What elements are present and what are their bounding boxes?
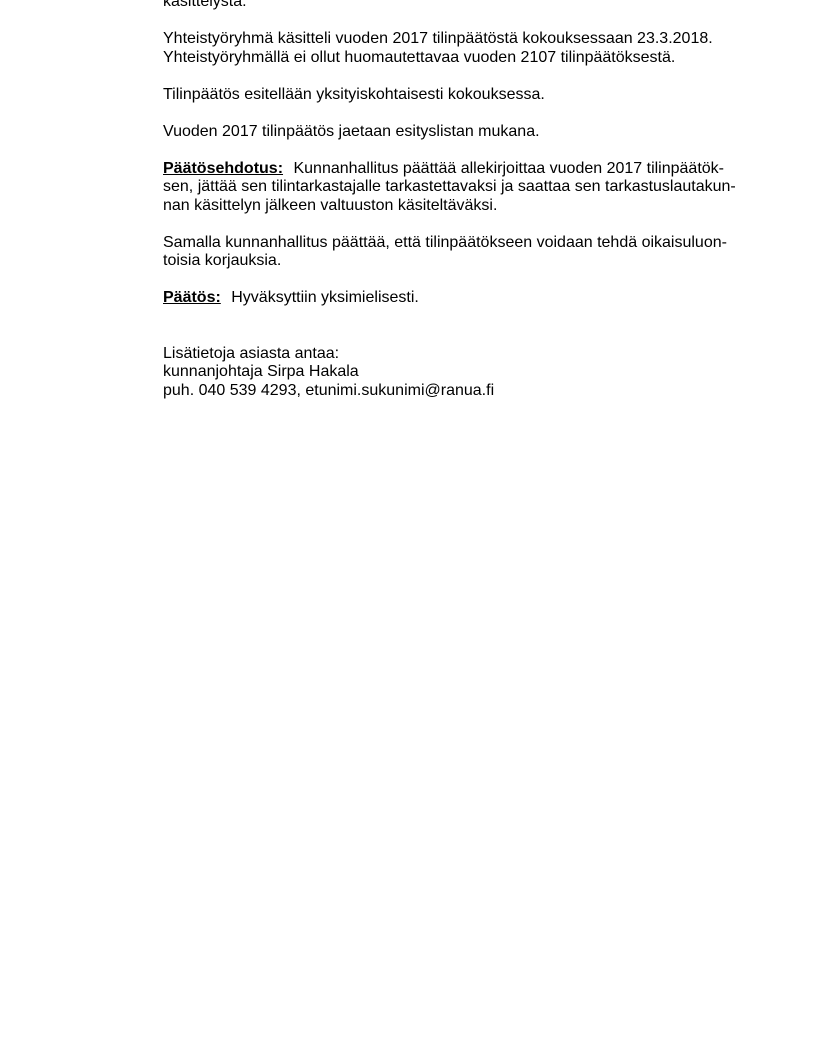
- contact-block: Lisätietoja asiasta antaa: kunnanjohtaja…: [163, 345, 753, 401]
- corrections-paragraph: Samalla kunnanhallitus päättää, että til…: [163, 234, 753, 271]
- decision-text: Hyväksyttiin yksimielisesti.: [231, 289, 419, 306]
- corrections-line-2: toisia korjauksia.: [163, 252, 753, 271]
- proposal-line-1: Kunnanhallitus päättää allekirjoittaa vu…: [293, 160, 724, 177]
- proposal-paragraph: Päätösehdotus: Kunnanhallitus päättää al…: [163, 160, 753, 216]
- contact-details: puh. 040 539 4293, etunimi.sukunimi@ranu…: [163, 382, 753, 401]
- corrections-line-1: Samalla kunnanhallitus päättää, että til…: [163, 234, 753, 253]
- proposal-label: Päätösehdotus:: [163, 160, 283, 177]
- document-page: käsittelystä.” Yhteistyöryhmä käsitteli …: [163, 0, 753, 419]
- contact-heading: Lisätietoja asiasta antaa:: [163, 345, 753, 364]
- proposal-line-2: sen, jättää sen tilintarkastajalle tarka…: [163, 178, 753, 197]
- review-line-1: Yhteistyöryhmä käsitteli vuoden 2017 til…: [163, 30, 753, 49]
- presentation-paragraph: Tilinpäätös esitellään yksityiskohtaises…: [163, 86, 753, 105]
- review-line-2: Yhteistyöryhmällä ei ollut huomautettava…: [163, 49, 753, 68]
- contact-person: kunnanjohtaja Sirpa Hakala: [163, 363, 753, 382]
- proposal-line-3: nan käsittelyn jälkeen valtuuston käsite…: [163, 197, 753, 216]
- review-paragraph: Yhteistyöryhmä käsitteli vuoden 2017 til…: [163, 30, 753, 67]
- decision-label: Päätös:: [163, 289, 221, 306]
- spacer: [163, 326, 753, 345]
- continuation-text: käsittelystä.”: [163, 0, 753, 12]
- distribution-paragraph: Vuoden 2017 tilinpäätös jaetaan esitysli…: [163, 123, 753, 142]
- decision-paragraph: Päätös: Hyväksyttiin yksimielisesti.: [163, 289, 753, 308]
